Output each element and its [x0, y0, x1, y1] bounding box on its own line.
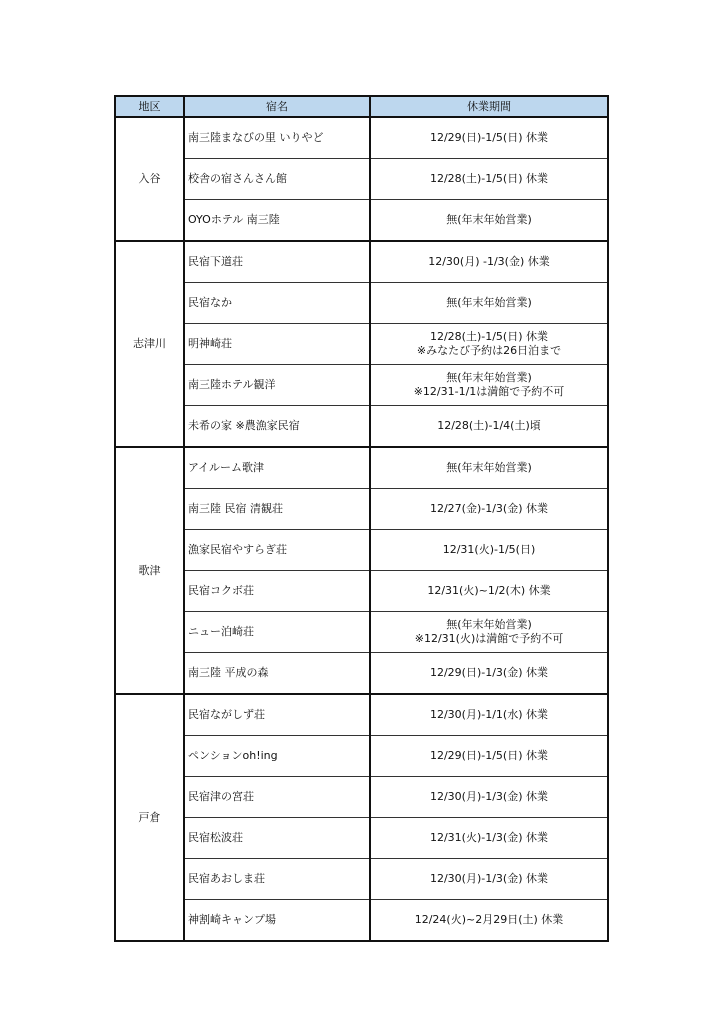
closure-period-cell: 12/31(火)-1/3(金) 休業 [370, 818, 608, 859]
closure-period-cell: 12/29(日)-1/5(日) 休業 [370, 117, 608, 159]
closure-period-cell: 12/27(金)-1/3(金) 休業 [370, 489, 608, 530]
schedule-body: 入谷 南三陸まなびの里 いりやど 12/29(日)-1/5(日) 休業 校舎の宿… [115, 117, 608, 941]
inn-name-cell: 漁家民宿やすらぎ荘 [184, 530, 370, 571]
closure-period-cell: 12/28(土)-1/5(日) 休業 [370, 159, 608, 200]
table-row: 漁家民宿やすらぎ荘 12/31(火)-1/5(日) [115, 530, 608, 571]
table-row: 南三陸 民宿 清観荘 12/27(金)-1/3(金) 休業 [115, 489, 608, 530]
table-row: 民宿なか 無(年末年始営業) [115, 283, 608, 324]
closure-period-cell: 12/30(月)-1/3(金) 休業 [370, 777, 608, 818]
area-cell: 志津川 [115, 241, 184, 447]
header-row: 地区 宿名 休業期間 [115, 96, 608, 117]
inn-name-cell: 民宿なか [184, 283, 370, 324]
period-line: 12/28(土)-1/4(土)頃 [371, 419, 607, 433]
period-line: 12/30(月)-1/3(金) 休業 [371, 790, 607, 804]
period-note: ※12/31(火)は満館で予約不可 [371, 632, 607, 646]
closure-period-cell: 無(年末年始営業) ※12/31-1/1は満館で予約不可 [370, 365, 608, 406]
table-row: 民宿津の宮荘 12/30(月)-1/3(金) 休業 [115, 777, 608, 818]
period-line: 12/24(火)~2月29日(土) 休業 [371, 913, 607, 927]
table-row: ニュー泊崎荘 無(年末年始営業) ※12/31(火)は満館で予約不可 [115, 612, 608, 653]
period-line: 12/28(土)-1/5(日) 休業 [371, 330, 607, 344]
inn-name-cell: 校舎の宿さんさん館 [184, 159, 370, 200]
closure-period-cell: 12/30(月)-1/3(金) 休業 [370, 859, 608, 900]
table-row: 歌津 アイルーム歌津 無(年末年始営業) [115, 447, 608, 489]
area-cell: 戸倉 [115, 694, 184, 941]
closure-schedule-sheet: 地区 宿名 休業期間 入谷 南三陸まなびの里 いりやど 12/29(日)-1/5… [114, 95, 607, 942]
table-row: 校舎の宿さんさん館 12/28(土)-1/5(日) 休業 [115, 159, 608, 200]
inn-name-cell: 神割崎キャンプ場 [184, 900, 370, 942]
period-line: 12/31(火)~1/2(木) 休業 [371, 584, 607, 598]
closure-period-cell: 12/29(日)-1/3(金) 休業 [370, 653, 608, 695]
period-line: 無(年末年始営業) [371, 296, 607, 310]
closure-period-cell: 無(年末年始営業) ※12/31(火)は満館で予約不可 [370, 612, 608, 653]
period-line: 12/31(火)-1/3(金) 休業 [371, 831, 607, 845]
closure-period-cell: 12/28(土)-1/4(土)頃 [370, 406, 608, 448]
closure-period-cell: 12/30(月)-1/1(水) 休業 [370, 694, 608, 736]
period-line: 12/30(月) -1/3(金) 休業 [371, 255, 607, 269]
closure-period-cell: 12/31(火)~1/2(木) 休業 [370, 571, 608, 612]
inn-name-cell: 南三陸ホテル観洋 [184, 365, 370, 406]
closure-period-cell: 12/29(日)-1/5(日) 休業 [370, 736, 608, 777]
closure-period-cell: 12/24(火)~2月29日(土) 休業 [370, 900, 608, 942]
inn-name-cell: 未希の家 ※農漁家民宿 [184, 406, 370, 448]
closure-schedule-table: 地区 宿名 休業期間 入谷 南三陸まなびの里 いりやど 12/29(日)-1/5… [114, 95, 609, 942]
period-note: ※みなたび予約は26日泊まで [371, 344, 607, 358]
inn-name-cell: OYOホテル 南三陸 [184, 200, 370, 242]
period-line: 12/29(日)-1/5(日) 休業 [371, 749, 607, 763]
table-row: 民宿あおしま荘 12/30(月)-1/3(金) 休業 [115, 859, 608, 900]
period-line: 無(年末年始営業) [371, 618, 607, 632]
inn-name-cell: ペンションoh!ing [184, 736, 370, 777]
area-cell: 歌津 [115, 447, 184, 694]
inn-name-cell: 民宿ながしず荘 [184, 694, 370, 736]
inn-name-cell: 明神崎荘 [184, 324, 370, 365]
table-row: 明神崎荘 12/28(土)-1/5(日) 休業 ※みなたび予約は26日泊まで [115, 324, 608, 365]
table-row: OYOホテル 南三陸 無(年末年始営業) [115, 200, 608, 242]
closure-period-cell: 12/30(月) -1/3(金) 休業 [370, 241, 608, 283]
table-row: 民宿コクボ荘 12/31(火)~1/2(木) 休業 [115, 571, 608, 612]
table-row: 民宿松波荘 12/31(火)-1/3(金) 休業 [115, 818, 608, 859]
inn-name-cell: ニュー泊崎荘 [184, 612, 370, 653]
period-line: 無(年末年始営業) [371, 461, 607, 475]
inn-name-cell: 民宿下道荘 [184, 241, 370, 283]
inn-name-cell: 南三陸まなびの里 いりやど [184, 117, 370, 159]
closure-period-cell: 無(年末年始営業) [370, 447, 608, 489]
header-name: 宿名 [184, 96, 370, 117]
inn-name-cell: 南三陸 平成の森 [184, 653, 370, 695]
period-line: 12/29(日)-1/3(金) 休業 [371, 666, 607, 680]
inn-name-cell: 民宿あおしま荘 [184, 859, 370, 900]
period-line: 無(年末年始営業) [371, 213, 607, 227]
period-line: 12/30(月)-1/1(水) 休業 [371, 708, 607, 722]
table-row: 戸倉 民宿ながしず荘 12/30(月)-1/1(水) 休業 [115, 694, 608, 736]
inn-name-cell: 民宿コクボ荘 [184, 571, 370, 612]
area-cell: 入谷 [115, 117, 184, 241]
period-line: 12/28(土)-1/5(日) 休業 [371, 172, 607, 186]
table-row: 志津川 民宿下道荘 12/30(月) -1/3(金) 休業 [115, 241, 608, 283]
table-row: 南三陸 平成の森 12/29(日)-1/3(金) 休業 [115, 653, 608, 695]
period-note: ※12/31-1/1は満館で予約不可 [371, 385, 607, 399]
header-area: 地区 [115, 96, 184, 117]
period-line: 12/30(月)-1/3(金) 休業 [371, 872, 607, 886]
table-row: 神割崎キャンプ場 12/24(火)~2月29日(土) 休業 [115, 900, 608, 942]
period-line: 12/31(火)-1/5(日) [371, 543, 607, 557]
table-row: 入谷 南三陸まなびの里 いりやど 12/29(日)-1/5(日) 休業 [115, 117, 608, 159]
closure-period-cell: 無(年末年始営業) [370, 200, 608, 242]
inn-name-cell: アイルーム歌津 [184, 447, 370, 489]
closure-period-cell: 12/28(土)-1/5(日) 休業 ※みなたび予約は26日泊まで [370, 324, 608, 365]
inn-name-cell: 民宿松波荘 [184, 818, 370, 859]
table-row: ペンションoh!ing 12/29(日)-1/5(日) 休業 [115, 736, 608, 777]
period-line: 無(年末年始営業) [371, 371, 607, 385]
inn-name-cell: 民宿津の宮荘 [184, 777, 370, 818]
closure-period-cell: 12/31(火)-1/5(日) [370, 530, 608, 571]
inn-name-cell: 南三陸 民宿 清観荘 [184, 489, 370, 530]
header-period: 休業期間 [370, 96, 608, 117]
closure-period-cell: 無(年末年始営業) [370, 283, 608, 324]
table-row: 未希の家 ※農漁家民宿 12/28(土)-1/4(土)頃 [115, 406, 608, 448]
period-line: 12/29(日)-1/5(日) 休業 [371, 131, 607, 145]
table-row: 南三陸ホテル観洋 無(年末年始営業) ※12/31-1/1は満館で予約不可 [115, 365, 608, 406]
period-line: 12/27(金)-1/3(金) 休業 [371, 502, 607, 516]
